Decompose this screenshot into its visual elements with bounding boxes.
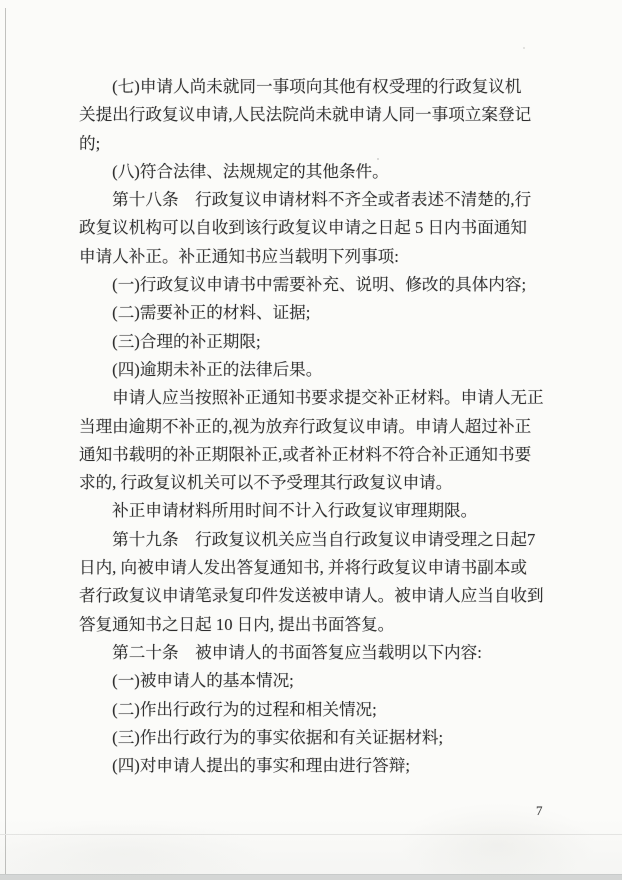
text-line: 申请人补正。补正通知书应当载明下列事项: xyxy=(79,243,551,271)
text-line: 答复通知书之日起 10 日内, 提出书面答复。 xyxy=(79,611,551,639)
text-line: 第十九条 行政复议机关应当自行政复议申请受理之日起7 xyxy=(79,526,551,554)
text-line: (八)符合法律、法规规定的其他条件。 xyxy=(79,158,551,186)
text-line: 补正申请材料所用时间不计入行政复议审理期限。 xyxy=(79,497,551,525)
document-text: (七)申请人尚未就同一事项向其他有权受理的行政复议机 关提出行政复议申请,人民法… xyxy=(79,73,551,780)
text-line: (一)行政复议申请书中需要补充、说明、修改的具体内容; xyxy=(79,271,551,299)
text-line: (七)申请人尚未就同一事项向其他有权受理的行政复议机 xyxy=(79,73,551,101)
text-line: 求的, 行政复议机关可以不予受理其行政复议申请。 xyxy=(79,469,551,497)
text-line: (二)需要补正的材料、证据; xyxy=(79,299,551,327)
text-line: 当理由逾期不补正的,视为放弃行政复议申请。申请人超过补正 xyxy=(79,413,551,441)
text-line: 通知书载明的补正期限补正,或者补正材料不符合补正通知书要 xyxy=(79,441,551,469)
text-line: 者行政复议申请笔录复印件发送被申请人。被申请人应当自收到 xyxy=(79,582,551,610)
text-line: (四)逾期未补正的法律后果。 xyxy=(79,356,551,384)
scan-artifact-rule xyxy=(0,834,622,835)
text-line: 关提出行政复议申请,人民法院尚未就申请人同一事项立案登记 xyxy=(79,101,551,129)
text-line: (四)对申请人提出的事实和理由进行答辩; xyxy=(79,752,551,780)
scanned-document-page: (七)申请人尚未就同一事项向其他有权受理的行政复议机 关提出行政复议申请,人民法… xyxy=(0,0,622,880)
page-number: 7 xyxy=(536,803,543,818)
text-line: (一)被申请人的基本情况; xyxy=(79,667,551,695)
text-line: 申请人应当按照补正通知书要求提交补正材料。申请人无正 xyxy=(79,384,551,412)
text-line: (三)作出行政行为的事实依据和有关证据材料; xyxy=(79,724,551,752)
text-line: (三)合理的补正期限; xyxy=(79,328,551,356)
text-line: 政复议机构可以自收到该行政复议申请之日起 5 日内书面通知 xyxy=(79,214,551,242)
text-line: 第十八条 行政复议申请材料不齐全或者表述不清楚的,行 xyxy=(79,186,551,214)
text-line: 第二十条 被申请人的书面答复应当载明以下内容: xyxy=(79,639,551,667)
text-line: 日内, 向被申请人发出答复通知书, 并将行政复议申请书副本或 xyxy=(79,554,551,582)
scan-edge-line xyxy=(5,8,6,874)
text-line: 的; xyxy=(79,130,551,158)
text-line: (二)作出行政行为的过程和相关情况; xyxy=(79,696,551,724)
scan-speckle xyxy=(523,47,525,49)
scan-bottom-shadow xyxy=(0,874,622,880)
